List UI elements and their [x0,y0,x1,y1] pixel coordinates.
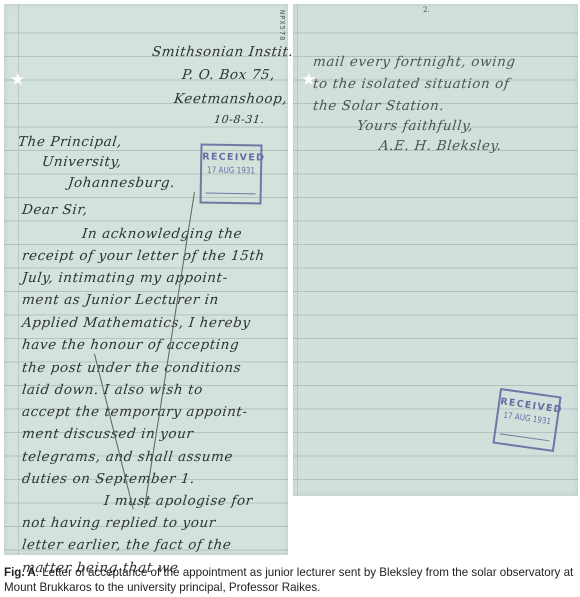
figure-caption: Fig. A. Letter of acceptance of the appo… [4,565,578,595]
caption-label: Fig. A [4,566,36,579]
body-line: duties on September 1. [21,471,196,487]
body-line: ment as Junior Lecturer in [21,292,220,308]
body-line: July, intimating my appoint- [21,270,228,286]
caption-text: . Letter of acceptance of the appointmen… [4,566,573,594]
signature: A.E. H. Bleksley. [378,138,502,154]
body-line: receipt of your letter of the 15th [21,248,265,264]
body-line: to the isolated situation of [312,76,510,92]
body-line: the Solar Station. [312,98,445,114]
recipient-line: Johannesburg. [67,175,176,191]
body-line: Applied Mathematics, I hereby [21,315,251,331]
archive-number: NPX578 [278,10,286,41]
stamp-title: RECEIVED [202,151,260,163]
body-line: mail every fortnight, owing [312,54,516,70]
body-line: telegrams, and shall assume [21,449,234,465]
received-stamp: RECEIVED 17 AUG 1931 [199,143,262,204]
address-line: Keetmanshoop, [173,91,288,107]
received-stamp: RECEIVED 17 AUG 1931 [492,388,561,452]
body-line: letter earlier, the fact of the [21,537,232,553]
body-line: In acknowledging the [81,226,243,242]
address-line: P. O. Box 75, [181,67,276,83]
recipient-line: The Principal, [17,134,123,150]
address-line: Smithsonian Instit., [151,44,299,60]
letter-page-2: 2. ★ mail every fortnight, owing to the … [293,4,578,496]
salutation: Dear Sir, [21,202,89,218]
letter-page-1: NPX578 ★ Smithsonian Instit., P. O. Box … [4,4,288,555]
closing: Yours faithfully, [356,118,474,134]
body-line: accept the temporary appoint- [21,404,248,420]
page-number: 2. [423,6,430,14]
letter-date: 10-8-31. [213,113,265,126]
body-line: the post under the conditions [21,360,242,376]
recipient-line: University, [41,154,123,170]
stamp-line [500,433,550,441]
body-line: not having replied to your [21,515,217,531]
stamp-line [206,193,256,195]
body-line: ment discussed in your [21,426,194,442]
stamp-date: 17 AUG 1931 [206,166,255,177]
margin-line [297,4,298,496]
body-line: laid down. I also wish to [21,382,204,398]
star-mark-icon: ★ [10,71,25,88]
body-line: have the honour of accepting [21,337,240,353]
body-line: I must apologise for [103,493,253,509]
